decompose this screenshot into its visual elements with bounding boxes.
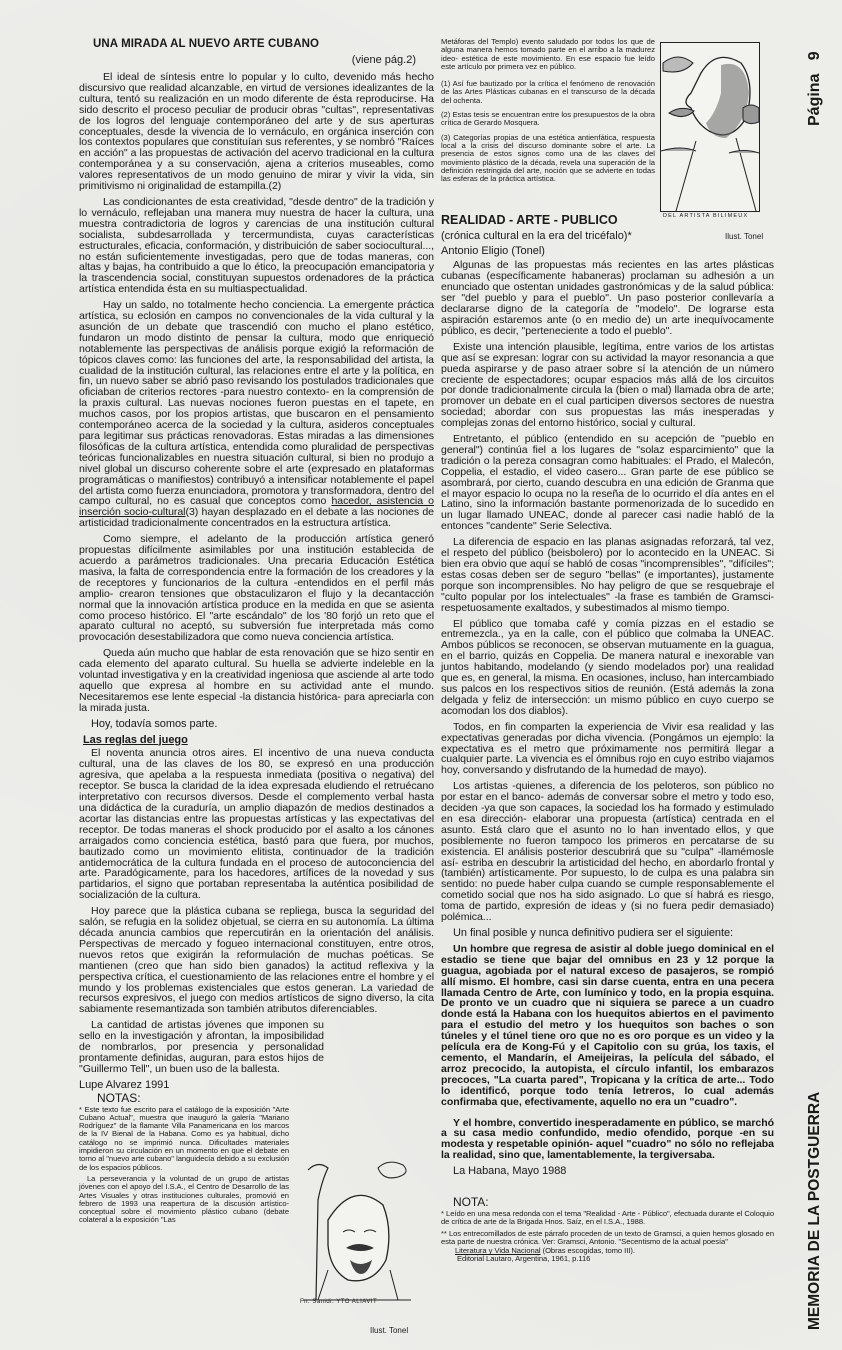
section-label: MEMORIA DE LA POSTGUERRA [806, 1092, 824, 1330]
note: La perseverancia y la voluntad de un gru… [79, 1175, 289, 1225]
dateline: La Habana, Mayo 1988 [453, 1166, 774, 1177]
paragraph: Hoy, todavía somos parte. [79, 719, 434, 730]
note: (2) Estas tesis se encuentran entre los … [441, 111, 655, 128]
signature: Lupe Alvarez 1991 [79, 1080, 434, 1091]
paragraph: Queda aún mucho que hablar de esta renov… [79, 648, 434, 713]
illustration-credit: Ilust. Tonel [370, 1326, 408, 1335]
paragraph: Hay un saldo, no totalmente hecho concie… [79, 300, 434, 529]
paragraph: El ideal de síntesis entre lo popular y … [79, 72, 434, 192]
note: * Este texto fue escrito para el catálog… [79, 1106, 289, 1172]
paragraph: Algunas de las propuestas más recientes … [441, 260, 774, 336]
paragraph: El público que tomaba café y comía pizza… [441, 619, 774, 717]
note: (1) Así fue bautizado por la crítica el … [441, 80, 655, 105]
paragraph: Entretanto, el público (entendido en su … [441, 434, 774, 532]
note: (3) Categorías propias de una estética a… [441, 134, 655, 184]
subheading: Las reglas del juego [83, 735, 434, 746]
notes-continued: Metáforas del Templo) evento saludado po… [441, 38, 655, 183]
portrait-inscription: Fn. Sanidi. YTO ALIAVIT [300, 1299, 377, 1305]
portrait-inscription: DEL ARTISTA BILIMEUX [663, 213, 748, 219]
paragraph: Las condicionantes de esta creatividad, … [79, 197, 434, 295]
note-heading: NOTA: [453, 1197, 774, 1208]
note: ** Los entrecomillados de este párrafo p… [441, 1230, 774, 1247]
paragraph: Existe una intención plausible, legítima… [441, 342, 774, 429]
bald-man-portrait: Fn. Sanidi. YTO ALIAVIT [298, 1160, 416, 1310]
paragraph: Los artistas -quienes, a diferencia de l… [441, 781, 774, 923]
paragraph: Como siempre, el adelanto de la producci… [79, 534, 434, 643]
left-column: UNA MIRADA AL NUEVO ARTE CUBANO (viene p… [79, 38, 434, 1228]
bearded-man-portrait: DEL ARTISTA BILIMEUX [660, 42, 760, 212]
note: * Leído en una mesa redonda con el tema … [441, 1210, 774, 1227]
paragraph: Un hombre que regresa de asistir al dobl… [441, 944, 774, 1108]
paragraph: Hoy parece que la plástica cubana se rep… [79, 906, 434, 1015]
paragraph: Un final posible y nunca definitivo pudi… [441, 928, 774, 939]
page-number-label: Página 9 [806, 51, 824, 126]
paragraph: Y el hombre, convertido inesperadamente … [441, 1118, 774, 1162]
notes-heading: NOTAS: [97, 1093, 434, 1104]
paragraph: El noventa anuncia otros aires. El incen… [79, 748, 434, 901]
illustration-credit: Ilust. Tonel [725, 232, 763, 241]
notes: * Este texto fue escrito para el catálog… [79, 1106, 289, 1225]
note: Metáforas del Templo) evento saludado po… [441, 38, 655, 71]
continued-from: (viene pág.2) [79, 54, 416, 66]
paragraph: La cantidad de artistas jóvenes que impo… [79, 1020, 324, 1075]
article2-notes: * Leído en una mesa redonda con el tema … [441, 1210, 774, 1264]
article2-author: Antonio Eligio (Tonel) [441, 245, 774, 257]
article1-title: UNA MIRADA AL NUEVO ARTE CUBANO [93, 38, 434, 50]
article2-body: Algunas de las propuestas más recientes … [441, 260, 774, 1263]
paragraph: La diferencia de espacio en las planas a… [441, 537, 774, 613]
reference-publisher: Editorial Lautaro, Argentina, 1961, p.11… [457, 1255, 774, 1263]
paragraph: Todos, en fin comparten la experiencia d… [441, 722, 774, 777]
right-column: Metáforas del Templo) evento saludado po… [441, 38, 774, 1264]
article1-body: El ideal de síntesis entre lo popular y … [79, 72, 434, 1225]
